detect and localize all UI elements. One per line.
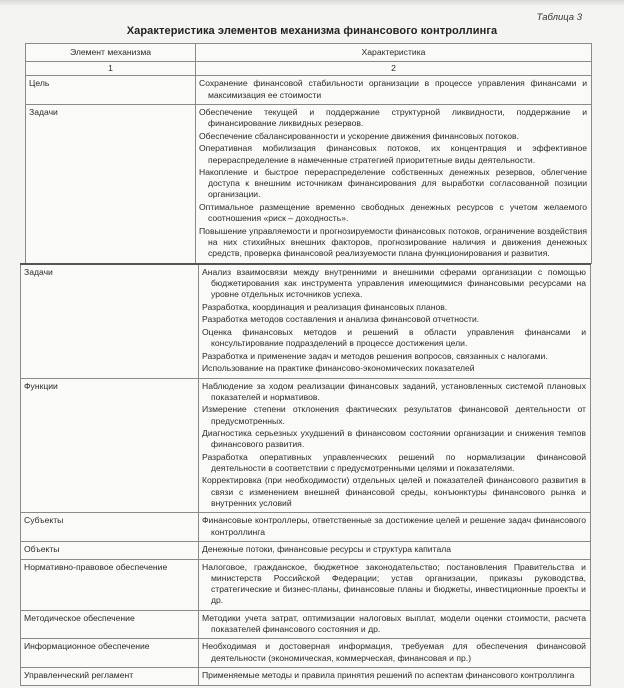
table-number-label: Таблица 3 — [537, 12, 582, 23]
characteristic-item: Оптимальное размещение временно свободны… — [199, 202, 587, 224]
column-header-element: Элемент механизма — [26, 44, 196, 62]
table-row: ОбъектыДенежные потоки, финансовые ресур… — [21, 542, 591, 560]
column-header-characteristic: Характеристика — [196, 44, 592, 62]
characteristic-item: Оценка финансовых методов и решений в об… — [202, 327, 586, 349]
column-number-2: 2 — [196, 62, 592, 76]
element-name-cell: Функции — [21, 378, 199, 513]
characteristic-cell: Необходимая и достоверная информация, тр… — [199, 639, 591, 668]
characteristic-item: Разработка методов составления и анализа… — [202, 314, 586, 325]
characteristic-item: Использование на практике финансово-экон… — [202, 363, 586, 374]
element-name-cell: Задачи — [21, 264, 199, 378]
table-row: Методическое обеспечениеМетодики учета з… — [21, 610, 591, 639]
characteristic-item: Накопление и быстрое перераспределение с… — [199, 167, 587, 201]
controlling-table-part-2: ЗадачиАнализ взаимосвязи между внутренни… — [20, 263, 591, 686]
table-row: ФункцииНаблюдение за ходом реализации фи… — [21, 378, 591, 513]
characteristic-item: Методики учета затрат, оптимизации налог… — [202, 613, 586, 635]
characteristic-cell: Применяемые методы и правила принятия ре… — [199, 668, 591, 686]
column-number-1: 1 — [26, 62, 196, 76]
characteristic-item: Корректировка (при необходимости) отдель… — [202, 475, 586, 509]
characteristic-cell: Анализ взаимосвязи между внутренними и в… — [199, 264, 591, 378]
characteristic-item: Обеспечение сбалансированности и ускорен… — [199, 131, 587, 142]
characteristic-item: Измерение степени отклонения фактических… — [202, 404, 586, 426]
characteristic-item: Оперативная мобилизация финансовых поток… — [199, 143, 587, 165]
controlling-table-part-1: Элемент механизма Характеристика 1 2 Цел… — [25, 43, 592, 264]
table-row: ЗадачиАнализ взаимосвязи между внутренни… — [21, 264, 591, 378]
scan-edge — [0, 0, 624, 6]
table-header-row: Элемент механизма Характеристика — [26, 44, 592, 62]
table-row: Нормативно-правовое обеспечениеНалоговое… — [21, 559, 591, 610]
characteristic-cell: Сохранение финансовой стабильности орган… — [196, 76, 592, 105]
characteristic-item: Повышение управляемости и прогнозируемос… — [199, 226, 587, 260]
element-name-cell: Информационное обеспечение — [21, 639, 199, 668]
characteristic-item: Финансовые контроллеры, ответственные за… — [202, 515, 586, 537]
column-number-row: 1 2 — [26, 62, 592, 76]
table-row: СубъектыФинансовые контроллеры, ответств… — [21, 513, 591, 542]
table-row: Управленческий регламентПрименяемые мето… — [21, 668, 591, 686]
element-name-cell: Управленческий регламент — [21, 668, 199, 686]
characteristic-item: Применяемые методы и правила принятия ре… — [202, 670, 586, 681]
table-row: ЗадачиОбеспечение текущей и поддержание … — [26, 105, 592, 263]
characteristic-item: Сохранение финансовой стабильности орган… — [199, 78, 587, 100]
characteristic-item: Наблюдение за ходом реализации финансовы… — [202, 381, 586, 403]
characteristic-cell: Обеспечение текущей и поддержание структ… — [196, 105, 592, 263]
element-name-cell: Субъекты — [21, 513, 199, 542]
element-name-cell: Задачи — [26, 105, 196, 263]
characteristic-item: Обеспечение текущей и поддержание структ… — [199, 107, 587, 129]
element-name-cell: Нормативно-правовое обеспечение — [21, 559, 199, 610]
characteristic-item: Необходимая и достоверная информация, тр… — [202, 641, 586, 663]
characteristic-item: Разработка и применение задач и методов … — [202, 351, 586, 362]
characteristic-item: Анализ взаимосвязи между внутренними и в… — [202, 267, 586, 301]
element-name-cell: Цель — [26, 76, 196, 105]
characteristic-cell: Наблюдение за ходом реализации финансовы… — [199, 378, 591, 513]
table-title: Характеристика элементов механизма финан… — [0, 25, 624, 37]
element-name-cell: Методическое обеспечение — [21, 610, 199, 639]
characteristic-item: Диагностика серьезных ухудшений в финанс… — [202, 428, 586, 450]
characteristic-cell: Финансовые контроллеры, ответственные за… — [199, 513, 591, 542]
characteristic-cell: Денежные потоки, финансовые ресурсы и ст… — [199, 542, 591, 560]
characteristic-item: Разработка, координация и реализация фин… — [202, 302, 586, 313]
element-name-cell: Объекты — [21, 542, 199, 560]
characteristic-cell: Методики учета затрат, оптимизации налог… — [199, 610, 591, 639]
characteristic-item: Разработка оперативных управленческих ре… — [202, 452, 586, 474]
table-row: Информационное обеспечениеНеобходимая и … — [21, 639, 591, 668]
characteristic-item: Налоговое, гражданское, бюджетное законо… — [202, 562, 586, 607]
characteristic-cell: Налоговое, гражданское, бюджетное законо… — [199, 559, 591, 610]
table-row: ЦельСохранение финансовой стабильности о… — [26, 76, 592, 105]
characteristic-item: Денежные потоки, финансовые ресурсы и ст… — [202, 544, 586, 555]
